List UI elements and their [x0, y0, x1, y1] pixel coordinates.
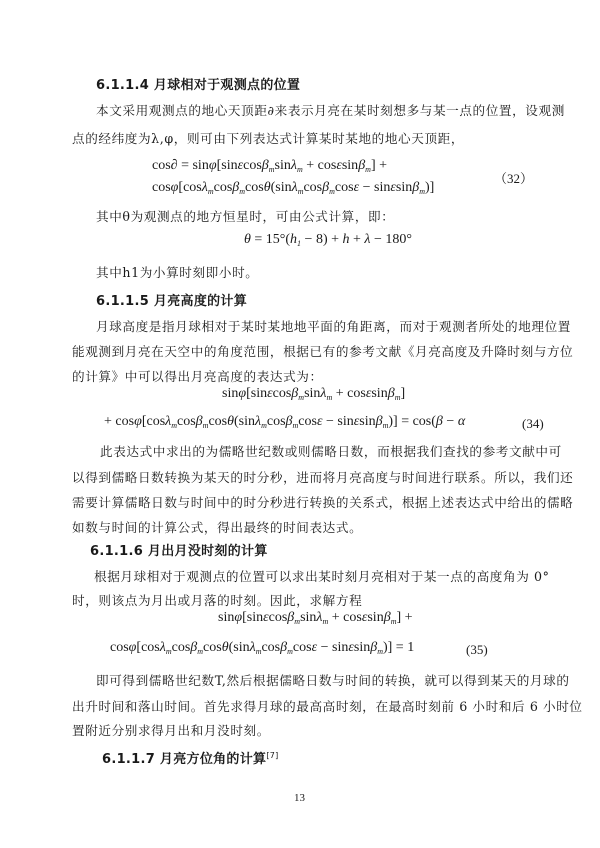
paragraph-line: 其中θ为观测点的地方恒星时，可由公式计算，即： — [96, 206, 394, 225]
paragraph-line: 出升时间和落山时间。首先求得月球的最高高时刻，在最高时刻前 6 小时和后 6 小… — [72, 696, 583, 715]
equation-theta: θ = 15°(h1 − 8) + h + λ − 180° — [244, 232, 412, 248]
paragraph-line: 需要计算儒略日数与时间中的时分秒进行转换的关系式，根据上述表达式中给出的儒略 — [72, 492, 573, 511]
equation-34-line1: sinφ[sinεcosβmsinλm + cosεsinβm] — [222, 386, 405, 402]
equation-number-32: （32） — [494, 168, 533, 187]
page-number: 13 — [294, 792, 305, 804]
paragraph-line: 能观测到月亮在天空中的角度范围，根据已有的参考文献《月亮高度及升降时刻与方位 — [72, 341, 573, 360]
paragraph-line: 如数与时间的计算公式，得出最终的时间表达式。 — [72, 517, 362, 536]
section-heading-6-1-1-7: 6.1.1.7 月亮方位角的计算[7] — [102, 748, 279, 767]
citation-ref[interactable]: [7] — [266, 751, 278, 760]
section-heading-6-1-1-4: 6.1.1.4 月球相对于观测点的位置 — [96, 74, 300, 93]
equation-35-line2: cosφ[cosλmcosβmcosθ(sinλmcosβmcosε − sin… — [110, 640, 414, 656]
paragraph-line: 置附近分别求得月出和月没时刻。 — [72, 720, 270, 739]
section-heading-6-1-1-6: 6.1.1.6 月出月没时刻的计算 — [90, 540, 268, 559]
document-page: 6.1.1.4 月球相对于观测点的位置 本文采用观测点的地心天顶距∂来表示月亮在… — [0, 0, 600, 848]
equation-number-34: (34) — [522, 416, 544, 432]
paragraph-line: 本文采用观测点的地心天顶距∂来表示月亮在某时刻想多与某一点的位置，设观测 — [96, 100, 565, 119]
paragraph-line: 月球高度是指月球相对于某时某地地平面的角距离，而对于观测者所处的地理位置 — [96, 316, 571, 335]
paragraph-line: 的计算》中可以得出月亮高度的表达式为： — [72, 366, 323, 385]
equation-34-line2: + cosφ[cosλmcosβmcosθ(sinλmcosβmcosε − s… — [104, 414, 465, 430]
heading-text: 6.1.1.7 月亮方位角的计算 — [102, 752, 266, 767]
equation-32-line2: cosφ[cosλmcosβmcosθ(sinλmcosβmcosε − sin… — [152, 180, 434, 196]
paragraph-line: 即可得到儒略世纪数T,然后根据儒略日数与时间的转换，就可以得到某天的月球的 — [96, 670, 570, 689]
paragraph-line: 此表达式中求出的为儒略世纪数或则儒略日数，而根据我们查找的参考文献中可 — [100, 441, 562, 460]
paragraph-line: 其中h1为小算时刻即小时。 — [96, 262, 258, 281]
paragraph-line: 点的经纬度为λ,φ，则可由下列表达式计算某时某地的地心天顶距， — [72, 128, 464, 147]
equation-number-35: (35) — [466, 642, 488, 658]
paragraph-line: 时，则该点为月出或月落的时刻。因此，求解方程 — [72, 590, 362, 609]
section-heading-6-1-1-5: 6.1.1.5 月亮高度的计算 — [96, 290, 247, 309]
paragraph-line: 根据月球相对于观测点的位置可以求出某时刻月亮相对于某一点的高度角为 0° — [94, 566, 550, 585]
paragraph-line: 以得到儒略日数转换为某天的时分秒，进而将月亮高度与时间进行联系。所以，我们还 — [72, 467, 573, 486]
equation-32-line1: cos∂ = sinφ[sinεcosβmsinλm + cosεsinβm] … — [152, 158, 387, 174]
equation-35-line1: sinφ[sinεcosβmsinλm + cosεsinβm] + — [218, 610, 413, 626]
